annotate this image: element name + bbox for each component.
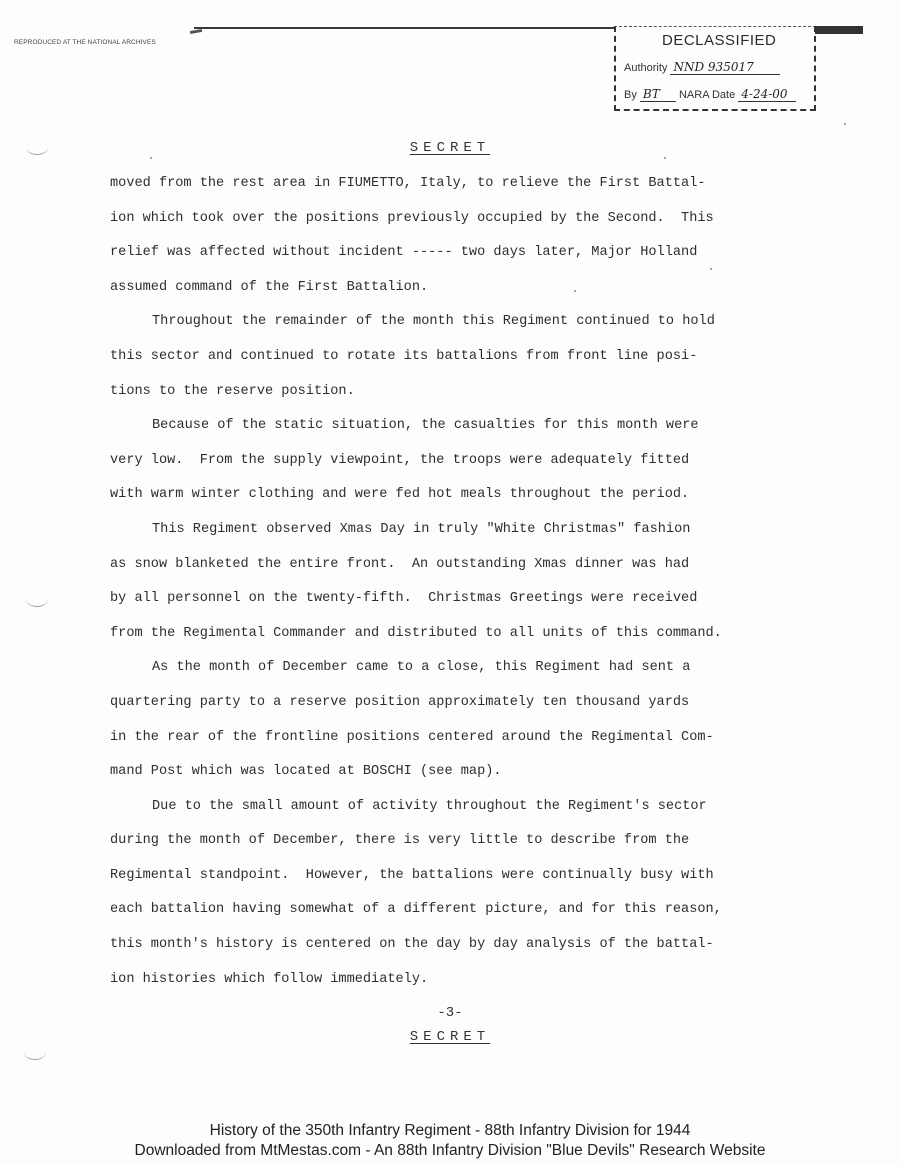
text-line: each battalion having somewhat of a diff… [110,893,770,928]
stamp-authority-value: NND 935017 [670,60,780,75]
text-line: Because of the static situation, the cas… [110,409,770,444]
text-line: tions to the reserve position. [110,375,770,410]
paragraph-5: As the month of December came to a close… [110,651,770,789]
text-line: this month's history is centered on the … [110,928,770,963]
classification-bottom: SECRET [0,1029,900,1045]
stamp-authority-row: Authority NND 935017 [624,60,780,75]
top-rule-line [194,27,614,29]
text-line: as snow blanketed the entire front. An o… [110,548,770,583]
speck [844,123,846,125]
stamp-authority-label: Authority [624,62,667,74]
classification-top: SECRET [0,140,900,156]
corner-tab-mark [815,26,863,34]
ink-mark [190,29,202,34]
text-line: during the month of December, there is v… [110,824,770,859]
text-line: in the rear of the frontline positions c… [110,721,770,756]
stamp-by-row: By BT NARA Date 4-24-00 [624,87,796,102]
text-line: assumed command of the First Battalion. [110,271,770,306]
paragraph-2: Throughout the remainder of the month th… [110,305,770,409]
speck [150,157,152,159]
footer-line-1: History of the 350th Infantry Regiment -… [0,1121,900,1141]
paragraph-6: Due to the small amount of activity thro… [110,790,770,998]
text-line: ion histories which follow immediately. [110,963,770,998]
archive-label: REPRODUCED AT THE NATIONAL ARCHIVES [14,39,156,46]
stamp-by-label: By [624,89,637,101]
paragraph-3: Because of the static situation, the cas… [110,409,770,513]
punch-hole-mark [24,1045,46,1060]
paragraph-4: This Regiment observed Xmas Day in truly… [110,513,770,651]
text-line: mand Post which was located at BOSCHI (s… [110,755,770,790]
text-line: Due to the small amount of activity thro… [110,790,770,825]
text-line: Throughout the remainder of the month th… [110,305,770,340]
punch-hole-mark [26,592,48,607]
text-line: this sector and continued to rotate its … [110,340,770,375]
text-line: from the Regimental Commander and distri… [110,617,770,652]
stamp-title: DECLASSIFIED [662,32,776,49]
text-line: ion which took over the positions previo… [110,202,770,237]
stamp-date-value: 4-24-00 [738,87,796,102]
text-line: moved from the rest area in FIUMETTO, It… [110,167,770,202]
document-body: moved from the rest area in FIUMETTO, It… [110,167,770,997]
paragraph-1: moved from the rest area in FIUMETTO, It… [110,167,770,305]
speck [664,157,666,159]
text-line: relief was affected without incident ---… [110,236,770,271]
declassified-stamp: DECLASSIFIED Authority NND 935017 By BT … [614,26,816,111]
website-footer: History of the 350th Infantry Regiment -… [0,1121,900,1161]
stamp-by-value: BT [640,87,676,102]
stamp-date-label: NARA Date [679,89,735,101]
text-line: As the month of December came to a close… [110,651,770,686]
text-line: by all personnel on the twenty-fifth. Ch… [110,582,770,617]
text-line: This Regiment observed Xmas Day in truly… [110,513,770,548]
page-number: -3- [0,1005,900,1021]
text-line: very low. From the supply viewpoint, the… [110,444,770,479]
footer-line-2: Downloaded from MtMestas.com - An 88th I… [0,1141,900,1161]
text-line: quartering party to a reserve position a… [110,686,770,721]
text-line: with warm winter clothing and were fed h… [110,478,770,513]
text-line: Regimental standpoint. However, the batt… [110,859,770,894]
